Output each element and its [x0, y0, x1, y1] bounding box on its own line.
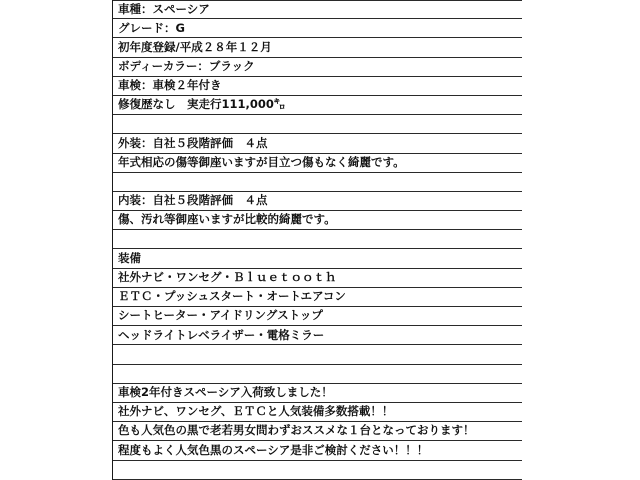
row-model: 車種：スペーシア [113, 0, 522, 19]
equipment-heading-text: 装備 [118, 253, 141, 265]
row-empty [113, 365, 522, 384]
equipment-item-text: ＥＴＣ・プッシュスタート・オートエアコン [118, 291, 346, 303]
row-interior-rating: 内装：自社５段階評価 ４点 [113, 192, 522, 211]
equipment-item-text: 社外ナビ・ワンセグ・Ｂｌｕｅｔｏｏｔｈ [118, 272, 337, 284]
vehicle-spec-sheet: 車種：スペーシア グレード：G 初年度登録/平成２８年１２月 ボディーカラー：ブ… [112, 0, 522, 480]
model-text: 車種：スペーシア [118, 4, 210, 16]
row-promo: 程度もよく人気色黒のスペーシア是非ご検討ください！！！ [113, 441, 522, 460]
row-promo: 車検2年付きスペーシア入荷致しました！ [113, 384, 522, 403]
row-exterior-comment: 年式相応の傷等御座いますが目立つ傷もなく綺麗です。 [113, 154, 522, 173]
row-equipment-heading: 装備 [113, 249, 522, 268]
row-body-color: ボディーカラー：ブラック [113, 58, 522, 77]
row-equipment-item: 社外ナビ・ワンセグ・Ｂｌｕｅｔｏｏｔｈ [113, 269, 522, 288]
body-color-text: ボディーカラー：ブラック [118, 61, 255, 73]
row-grade: グレード：G [113, 19, 522, 38]
promo-text: 色も人気色の黒で老若男女問わずおススメな１台となっております！ [118, 425, 475, 437]
row-empty [113, 461, 522, 480]
exterior-rating-text: 外装：自社５段階評価 ４点 [118, 138, 268, 150]
repair-mileage-text: 修復歴なし 実走行111,000㌔ [118, 99, 285, 111]
row-empty [113, 345, 522, 364]
promo-text: 社外ナビ、ワンセグ、ＥＴＣと人気装備多数搭載！！ [118, 406, 393, 418]
row-exterior-rating: 外装：自社５段階評価 ４点 [113, 134, 522, 153]
row-inspection: 車検：車検２年付き [113, 77, 522, 96]
inspection-text: 車検：車検２年付き [118, 80, 222, 92]
row-empty [113, 115, 522, 134]
row-interior-comment: 傷、汚れ等御座いますが比較的綺麗です。 [113, 211, 522, 230]
first-registration-text: 初年度登録/平成２８年１２月 [118, 42, 272, 54]
equipment-item-text: シートヒーター・アイドリングストップ [118, 310, 323, 322]
equipment-item-text: ヘッドライトレベライザー・電格ミラー [118, 330, 324, 342]
row-equipment-item: ＥＴＣ・プッシュスタート・オートエアコン [113, 288, 522, 307]
exterior-comment-text: 年式相応の傷等御座いますが目立つ傷もなく綺麗です。 [118, 157, 405, 169]
row-promo: 色も人気色の黒で老若男女問わずおススメな１台となっております！ [113, 422, 522, 441]
row-empty [113, 230, 522, 249]
row-equipment-item: シートヒーター・アイドリングストップ [113, 307, 522, 326]
interior-rating-text: 内装：自社５段階評価 ４点 [118, 195, 268, 207]
row-promo: 社外ナビ、ワンセグ、ＥＴＣと人気装備多数搭載！！ [113, 403, 522, 422]
grade-text: グレード：G [118, 23, 185, 35]
row-empty [113, 173, 522, 192]
row-first-registration: 初年度登録/平成２８年１２月 [113, 38, 522, 57]
promo-text: 程度もよく人気色黒のスペーシア是非ご検討ください！！！ [118, 445, 428, 457]
promo-text: 車検2年付きスペーシア入荷致しました！ [118, 387, 333, 399]
row-equipment-item: ヘッドライトレベライザー・電格ミラー [113, 326, 522, 345]
interior-comment-text: 傷、汚れ等御座いますが比較的綺麗です。 [118, 214, 336, 226]
row-repair-mileage: 修復歴なし 実走行111,000㌔ [113, 96, 522, 115]
